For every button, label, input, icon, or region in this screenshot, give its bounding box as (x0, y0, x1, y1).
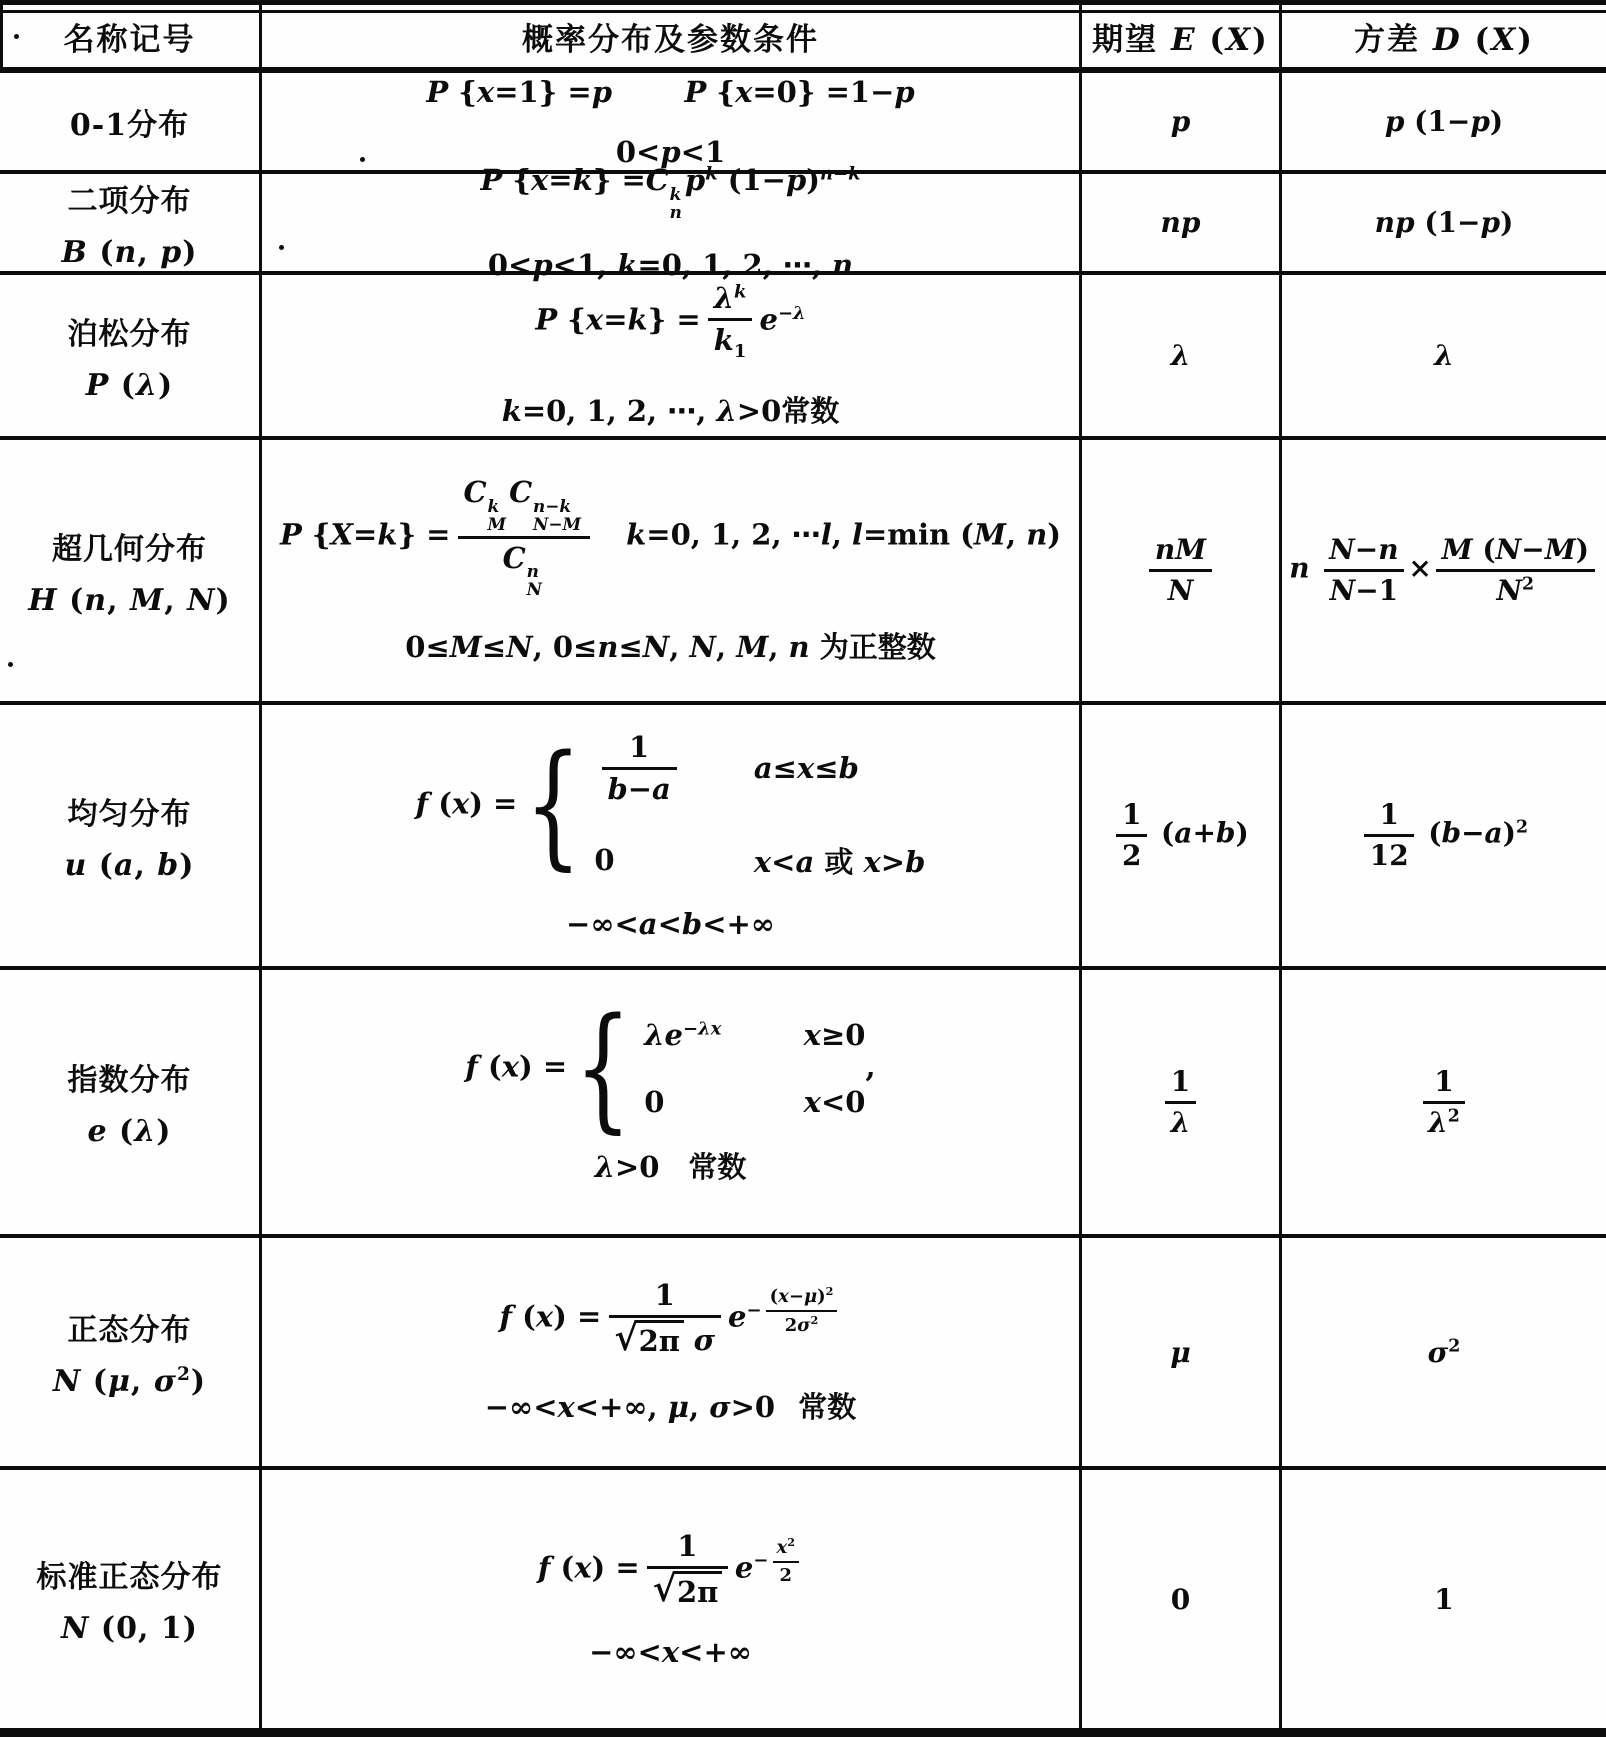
cell-expectation-exponential: 1λ (1082, 970, 1282, 1238)
cell-expectation-normal: μ (1082, 1238, 1282, 1470)
cell-expectation-standard-normal: 0 (1082, 1470, 1282, 1728)
cell-name-normal: 正态分布N (μ, σ2) (0, 1238, 262, 1470)
col-header-distribution: 概率分布及参数条件 (262, 5, 1082, 73)
cell-variance-exponential: 1λ2 (1282, 970, 1606, 1238)
cell-expectation-01: p (1082, 73, 1282, 174)
cell-distribution-binomial: P {x=k} =Cknpk (1−p)n−k0<p<1, k=0, 1, 2,… (262, 174, 1082, 275)
distribution-table: 名称记号 概率分布及参数条件 期望 E (X) 方差 D (X) 0-1分布 P… (0, 0, 1606, 1737)
cell-variance-01: p (1−p) (1282, 73, 1606, 174)
cell-name-binomial: 二项分布B (n, p) (0, 174, 262, 275)
cell-expectation-binomial: np (1082, 174, 1282, 275)
cell-distribution-uniform: f (x) ={1b−aa≤x≤b0x<a 或 x>b−∞<a<b<+∞ (262, 705, 1082, 970)
cell-expectation-poisson: λ (1082, 275, 1282, 440)
cell-distribution-01: P {x=1} =pP {x=0} =1−p0<p<1 (262, 73, 1082, 174)
col-header-expectation: 期望 E (X) (1082, 5, 1282, 73)
cell-name-exponential: 指数分布e (λ) (0, 970, 262, 1238)
cell-variance-standard-normal: 1 (1282, 1470, 1606, 1728)
cell-distribution-normal: f (x) =1√2π σe−(x−μ)22σ2−∞<x<+∞, μ, σ>0常… (262, 1238, 1082, 1470)
cell-variance-normal: σ2 (1282, 1238, 1606, 1470)
cell-variance-uniform: 112 (b−a)2 (1282, 705, 1606, 970)
cell-variance-poisson: λ (1282, 275, 1606, 440)
cell-distribution-hypergeometric: P {X=k} =CkMCn−kN−MCnNk=0, 1, 2, ⋯l, l=m… (262, 440, 1082, 705)
col-header-name: 名称记号 (0, 5, 262, 73)
cell-name-uniform: 均匀分布u (a, b) (0, 705, 262, 970)
scanned-table-page: 名称记号 概率分布及参数条件 期望 E (X) 方差 D (X) 0-1分布 P… (0, 0, 1606, 1737)
cell-expectation-hypergeometric: nMN (1082, 440, 1282, 705)
cell-name-poisson: 泊松分布P (λ) (0, 275, 262, 440)
cell-variance-binomial: np (1−p) (1282, 174, 1606, 275)
cell-name-01: 0-1分布 (0, 73, 262, 174)
cell-distribution-poisson: P {x=k} =λkk1e−λk=0, 1, 2, ⋯, λ>0常数 (262, 275, 1082, 440)
cell-name-hypergeometric: 超几何分布H (n, M, N) (0, 440, 262, 705)
cell-expectation-uniform: 12 (a+b) (1082, 705, 1282, 970)
col-header-variance: 方差 D (X) (1282, 5, 1606, 73)
cell-distribution-standard-normal: f (x) =1√2πe−x22−∞<x<+∞ (262, 1470, 1082, 1728)
cell-distribution-exponential: f (x) ={λe−λxx≥00x<0,λ>0常数 (262, 970, 1082, 1238)
cell-variance-hypergeometric: n N−nN−1×M (N−M)N2 (1282, 440, 1606, 705)
cell-name-standard-normal: 标准正态分布N (0, 1) (0, 1470, 262, 1728)
